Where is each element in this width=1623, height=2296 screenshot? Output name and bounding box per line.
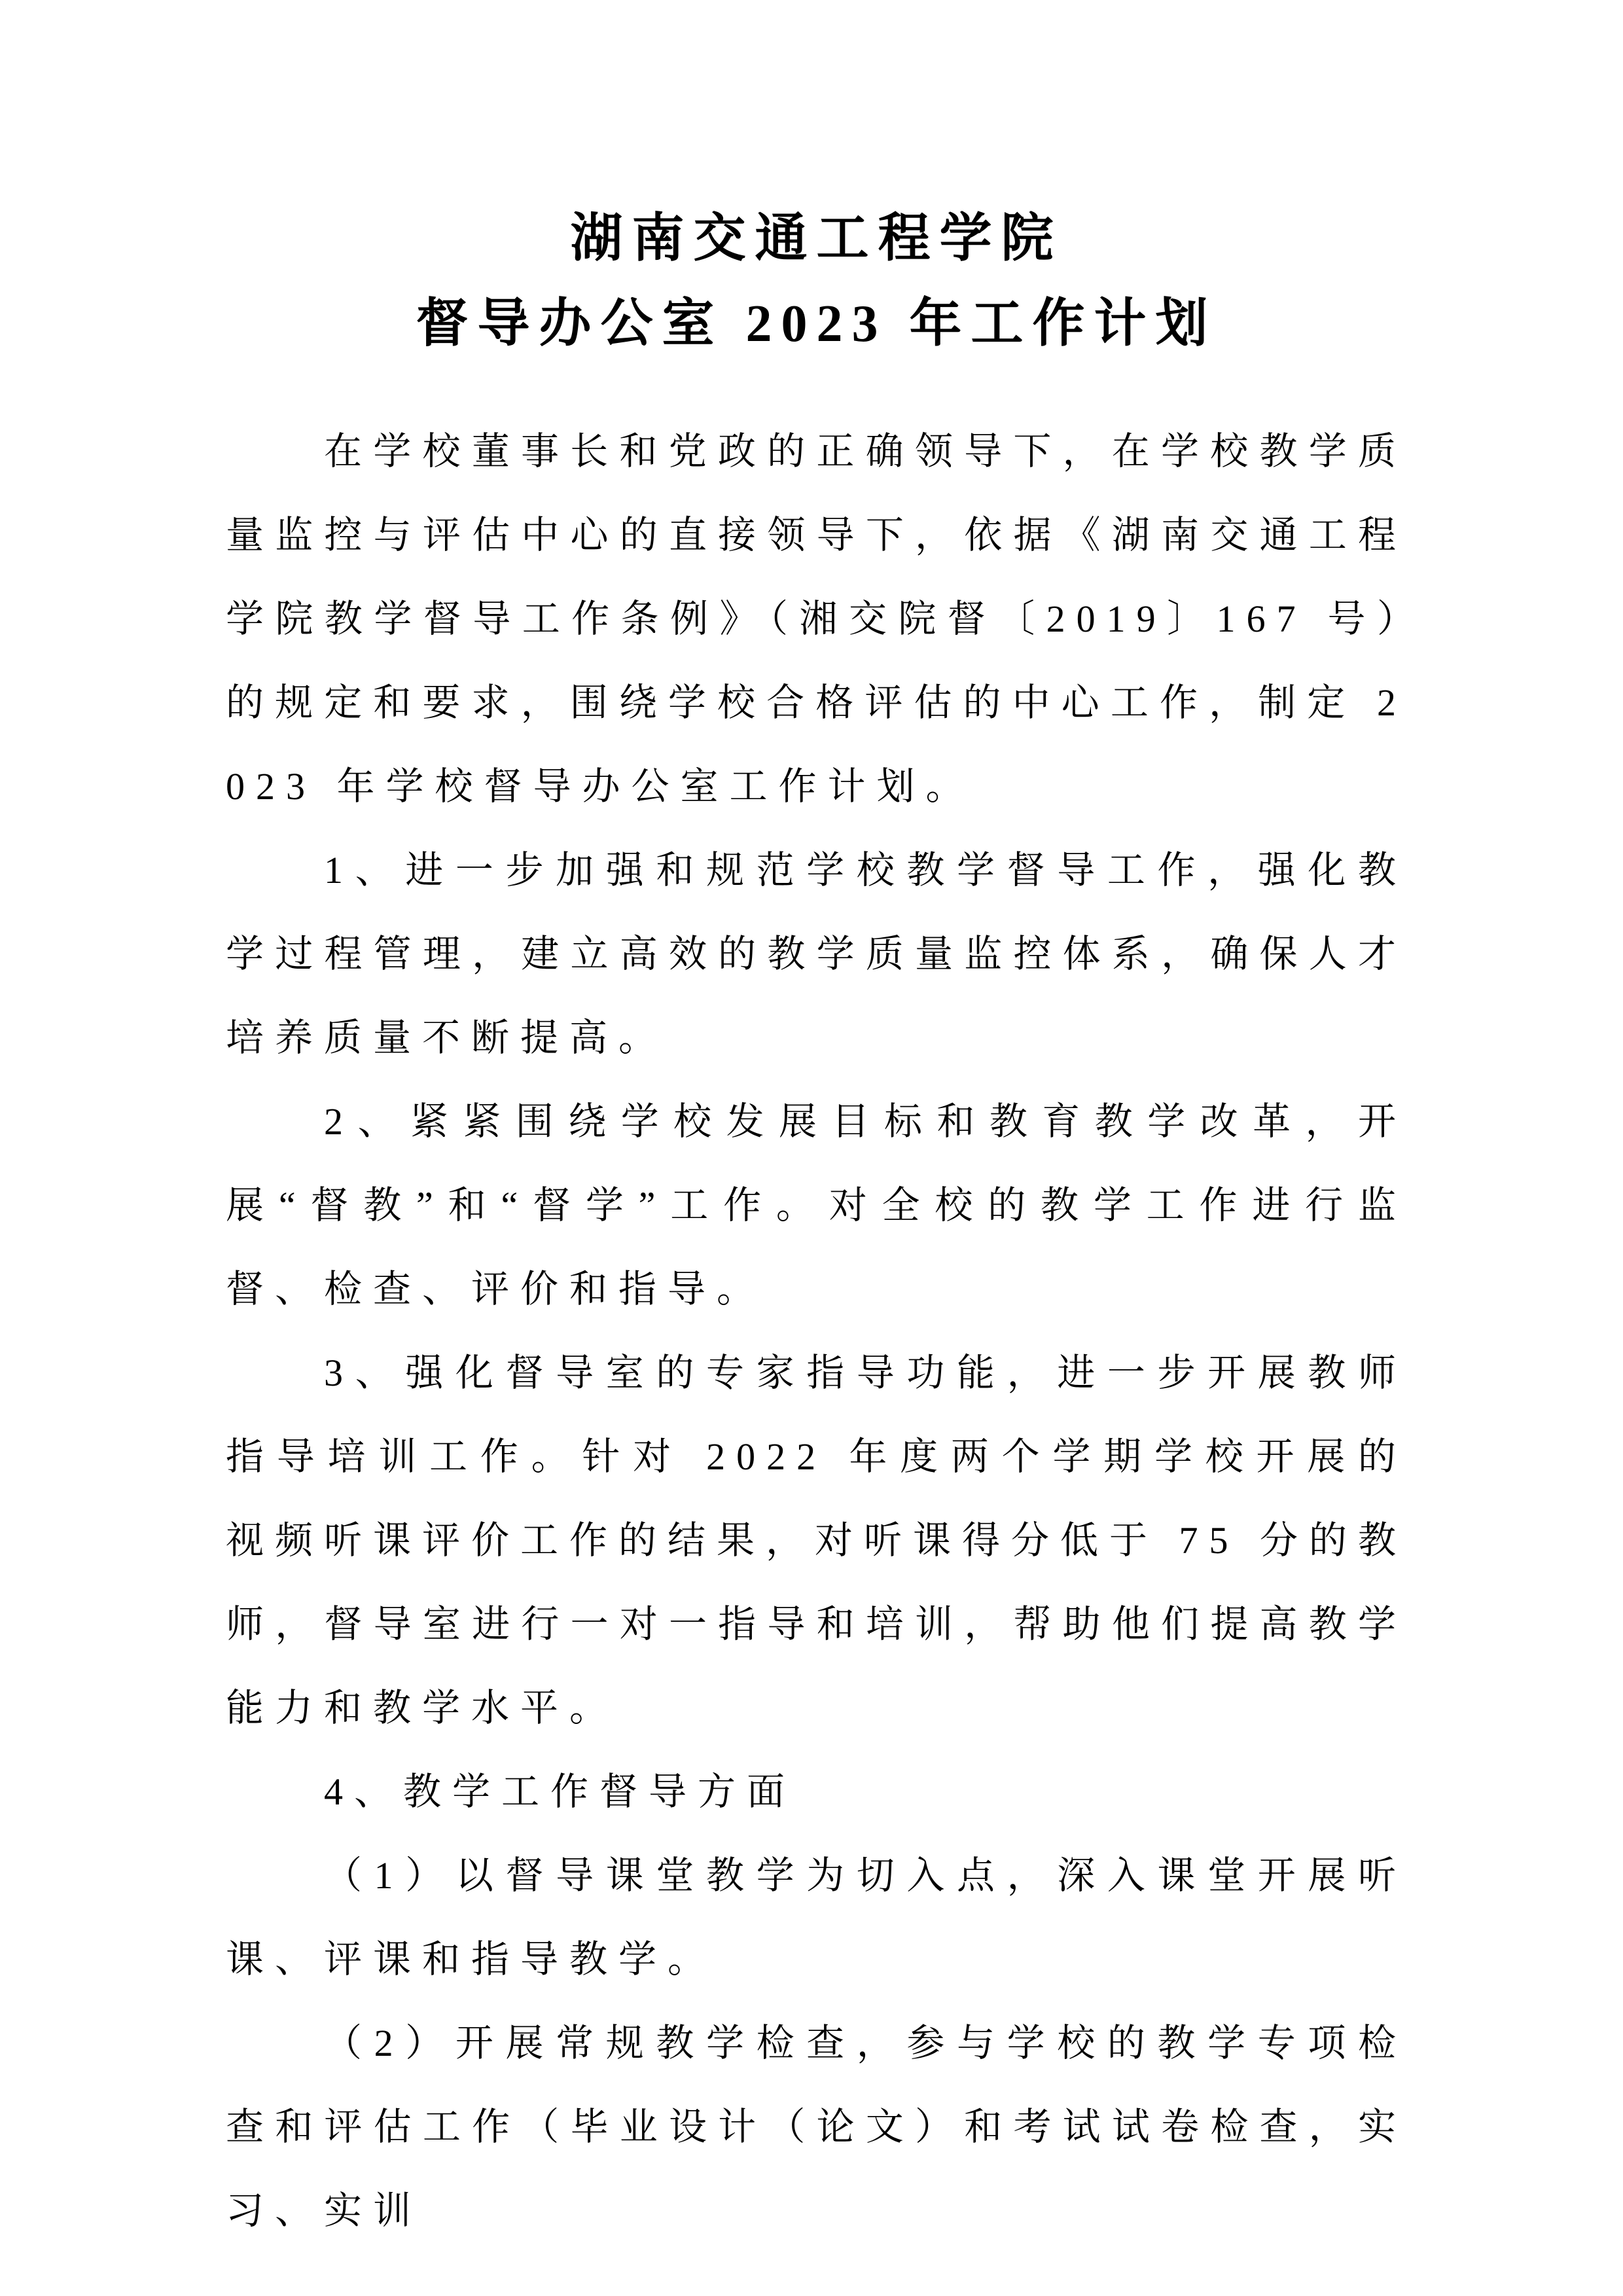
document-title: 湖南交通工程学院 督导办公室 2023 年工作计划 (226, 196, 1407, 367)
document-page: 湖南交通工程学院 督导办公室 2023 年工作计划 在学校董事长和党政的正确领导… (0, 0, 1623, 2296)
paragraph-intro: 在学校董事长和党政的正确领导下，在学校教学质量监控与评估中心的直接领导下，依据《… (226, 410, 1407, 829)
paragraph-item-4-sub-2: （2）开展常规教学检查，参与学校的教学专项检查和评估工作（毕业设计（论文）和考试… (226, 2001, 1407, 2253)
paragraph-item-2: 2、紧紧围绕学校发展目标和教育教学改革，开展“督教”和“督学”工作。对全校的教学… (226, 1080, 1407, 1331)
paragraph-item-3: 3、强化督导室的专家指导功能，进一步开展教师指导培训工作。针对 2022 年度两… (226, 1331, 1407, 1750)
paragraph-item-1: 1、进一步加强和规范学校教学督导工作，强化教学过程管理，建立高效的教学质量监控体… (226, 829, 1407, 1080)
paragraph-item-4-sub-1: （1）以督导课堂教学为切入点，深入课堂开展听课、评课和指导教学。 (226, 1834, 1407, 2001)
document-body: 在学校董事长和党政的正确领导下，在学校教学质量监控与评估中心的直接领导下，依据《… (226, 410, 1407, 2253)
document-title-line-2: 督导办公室 2023 年工作计划 (226, 281, 1407, 367)
paragraph-item-4: 4、教学工作督导方面 (226, 1750, 1407, 1834)
document-title-line-1: 湖南交通工程学院 (226, 196, 1407, 281)
